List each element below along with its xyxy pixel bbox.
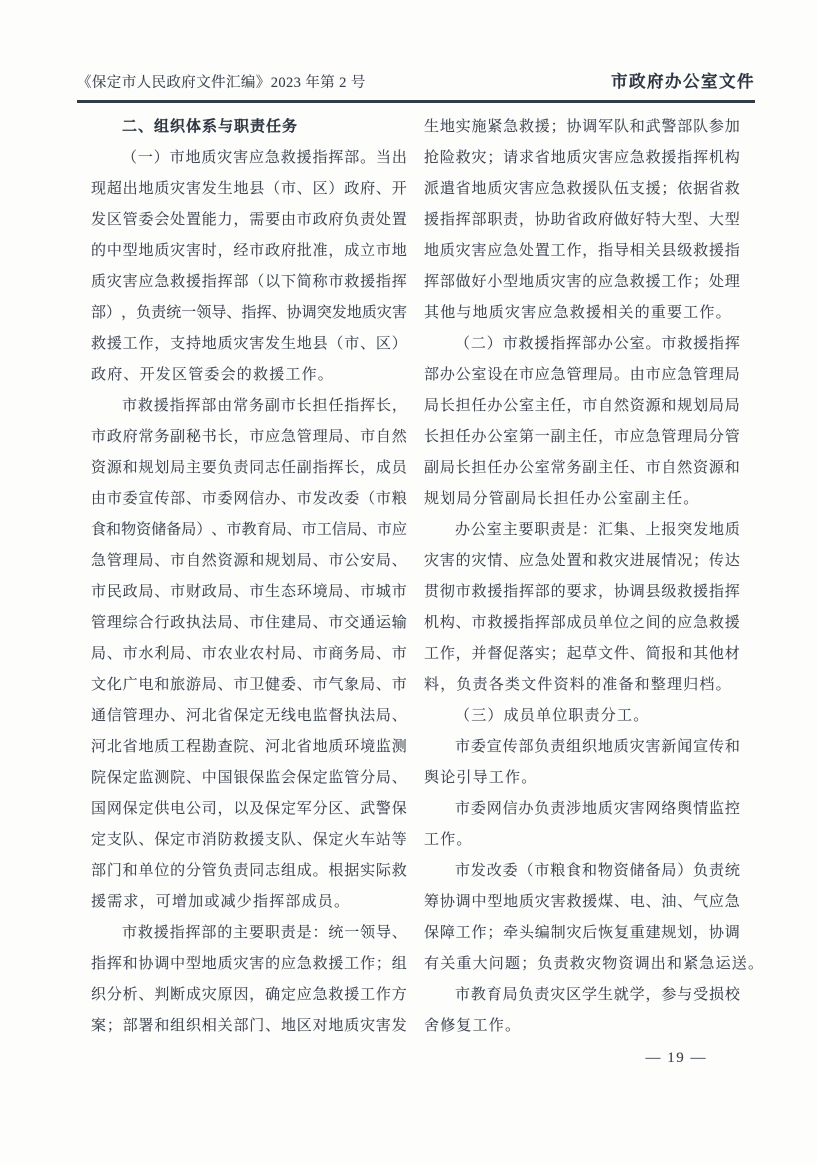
text-line: 援指挥部职责，协助省政府做好特大型、大型 xyxy=(424,205,740,236)
text-line: （二）市救援指挥部办公室。市救援指挥 xyxy=(424,329,740,360)
text-line: 规划局分管副局长担任办公室副主任。 xyxy=(424,484,740,515)
text-line: 援需求，可增加或减少指挥部成员。 xyxy=(91,887,407,918)
text-line: 管理综合行政执法局、市住建局、市交通运输 xyxy=(91,608,407,639)
text-line: 市委宣传部负责组织地质灾害新闻宣传和 xyxy=(424,732,740,763)
text-line: 市救援指挥部的主要职责是：统一领导、 xyxy=(91,918,407,949)
text-line: 市教育局负责灾区学生就学，参与受损校 xyxy=(424,980,740,1011)
doc-category-label: 市政府办公室文件 xyxy=(611,68,755,92)
text-line: 生地实施紧急救援；协调军队和武警部队参加 xyxy=(424,112,740,143)
text-line: 部办公室设在市应急管理局。由市应急管理局 xyxy=(424,360,740,391)
text-line: 织分析、判断成灾原因，确定应急救援工作方 xyxy=(91,980,407,1011)
text-line: 长担任办公室第一副主任，市应急管理局分管 xyxy=(424,422,740,453)
text-line: 挥部做好小型地质灾害的应急救援工作；处理 xyxy=(424,267,740,298)
section-heading: 二、组织体系与职责任务 xyxy=(91,112,407,143)
text-line: 由市委宣传部、市委网信办、市发改委（市粮 xyxy=(91,484,407,515)
text-line: 工作，并督促落实；起草文件、简报和其他材 xyxy=(424,639,740,670)
text-line: （一）市地质灾害应急救援指挥部。当出 xyxy=(91,143,407,174)
journal-title: 《保定市人民政府文件汇编》2023 年第 2 号 xyxy=(77,71,366,92)
text-line: 院保定监测院、中国银保监会保定监管分局、 xyxy=(91,763,407,794)
text-line: 局、市水利局、市农业农村局、市商务局、市 xyxy=(91,639,407,670)
text-line: 案；部署和组织相关部门、地区对地质灾害发 xyxy=(91,1011,407,1042)
text-line: 资源和规划局主要负责同志任副指挥长，成员 xyxy=(91,453,407,484)
text-line: 急管理局、市自然资源和规划局、市公安局、 xyxy=(91,546,407,577)
text-line: 派遣省地质灾害应急救援队伍支援；依据省救 xyxy=(424,174,740,205)
text-line: 筹协调中型地质灾害救援煤、电、油、气应急 xyxy=(424,887,740,918)
text-line: 有关重大问题；负责救灾物资调出和紧急运送。 xyxy=(424,949,740,980)
text-line: 食和物资储备局）、市教育局、市工信局、市应 xyxy=(91,515,407,546)
text-line: 市政府常务副秘书长，市应急管理局、市自然 xyxy=(91,422,407,453)
text-line: 市委网信办负责涉地质灾害网络舆情监控 xyxy=(424,794,740,825)
text-line: 国网保定供电公司，以及保定军分区、武警保 xyxy=(91,794,407,825)
text-line: 灾害的灾情、应急处置和救灾进展情况；传达 xyxy=(424,546,740,577)
text-line: 料，负责各类文件资料的准备和整理归档。 xyxy=(424,670,740,701)
text-line: 机构、市救援指挥部成员单位之间的应急救援 xyxy=(424,608,740,639)
text-line: 部门和单位的分管负责同志组成。根据实际救 xyxy=(91,856,407,887)
subsection-heading: （三）成员单位职责分工。 xyxy=(424,701,740,732)
text-line: 贯彻市救援指挥部的要求，协调县级救援指挥 xyxy=(424,577,740,608)
text-line: 工作。 xyxy=(424,825,740,856)
text-line: 抢险救灾；请求省地质灾害应急救援指挥机构 xyxy=(424,143,740,174)
text-line: 保障工作；牵头编制灾后恢复重建规划，协调 xyxy=(424,918,740,949)
right-column: 生地实施紧急救援；协调军队和武警部队参加抢险救灾；请求省地质灾害应急救援指挥机构… xyxy=(424,112,740,1042)
text-line: 部），负责统一领导、指挥、协调突发地质灾害 xyxy=(91,298,407,329)
text-line: 局长担任办公室主任，市自然资源和规划局局 xyxy=(424,391,740,422)
text-line: 发区管委会处置能力，需要由市政府负责处置 xyxy=(91,205,407,236)
text-line: 指挥和协调中型地质灾害的应急救援工作；组 xyxy=(91,949,407,980)
text-line: 舆论引导工作。 xyxy=(424,763,740,794)
text-line: 办公室主要职责是：汇集、上报突发地质 xyxy=(424,515,740,546)
text-line: 市救援指挥部由常务副市长担任指挥长， xyxy=(91,391,407,422)
text-line: 地质灾害应急处置工作，指导相关县级救援指 xyxy=(424,236,740,267)
text-line: 副局长担任办公室常务副主任、市自然资源和 xyxy=(424,453,740,484)
text-line: 政府、开发区管委会的救援工作。 xyxy=(91,360,407,391)
page-header: 《保定市人民政府文件汇编》2023 年第 2 号 市政府办公室文件 xyxy=(77,68,755,103)
text-line: 舍修复工作。 xyxy=(424,1011,740,1042)
text-line: 的中型地质灾害时，经市政府批准，成立市地 xyxy=(91,236,407,267)
text-line: 文化广电和旅游局、市卫健委、市气象局、市 xyxy=(91,670,407,701)
left-column: 二、组织体系与职责任务（一）市地质灾害应急救援指挥部。当出现超出地质灾害发生地县… xyxy=(91,112,407,1042)
page-number: — 19 — xyxy=(646,1050,708,1067)
text-line: 其他与地质灾害应急救援相关的重要工作。 xyxy=(424,298,740,329)
text-line: 通信管理办、河北省保定无线电监督执法局、 xyxy=(91,701,407,732)
text-line: 市发改委（市粮食和物资储备局）负责统 xyxy=(424,856,740,887)
document-body: 二、组织体系与职责任务（一）市地质灾害应急救援指挥部。当出现超出地质灾害发生地县… xyxy=(91,112,740,1042)
text-line: 现超出地质灾害发生地县（市、区）政府、开 xyxy=(91,174,407,205)
document-page: 《保定市人民政府文件汇编》2023 年第 2 号 市政府办公室文件 二、组织体系… xyxy=(0,0,817,1165)
text-line: 质灾害应急救援指挥部（以下简称市救援指挥 xyxy=(91,267,407,298)
text-line: 河北省地质工程勘查院、河北省地质环境监测 xyxy=(91,732,407,763)
text-line: 市民政局、市财政局、市生态环境局、市城市 xyxy=(91,577,407,608)
text-line: 救援工作，支持地质灾害发生地县（市、区） xyxy=(91,329,407,360)
text-line: 定支队、保定市消防救援支队、保定火车站等 xyxy=(91,825,407,856)
